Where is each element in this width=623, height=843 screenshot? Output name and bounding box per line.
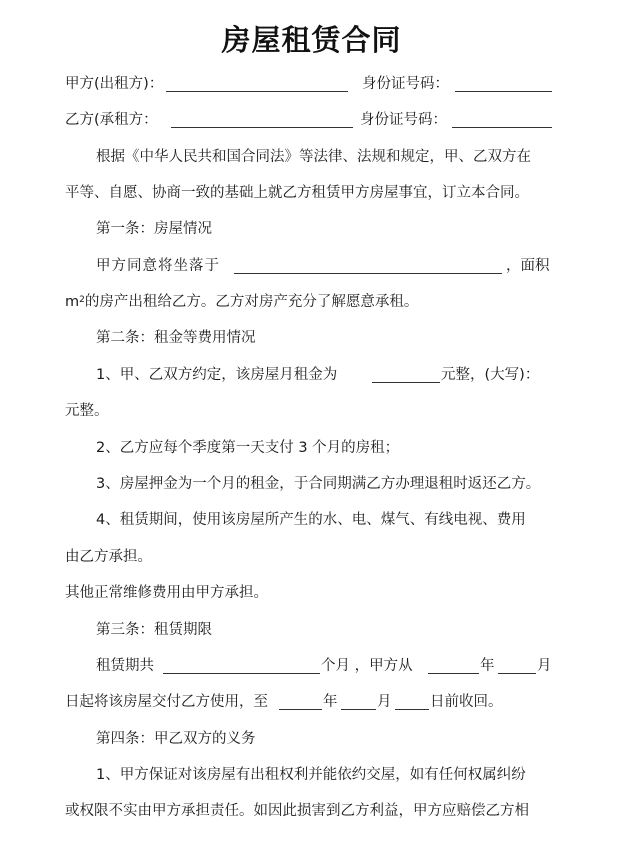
end-prefix: 日起将该房屋交付乙方使用，至 [65,691,268,713]
party-a-id-field[interactable] [455,76,552,92]
document-title: 房屋租赁合同 [0,18,623,59]
end-month-label: 月 [377,691,392,713]
term-prefix: 租赁期共 [96,655,154,677]
article-2-item-1-row: 1、甲、乙双方约定，该房屋月租金为 元整，(大写)： [96,364,551,386]
article-3-term-row: 租赁期共 个月 ，甲方从 年 月 [96,655,551,677]
article-3-end-row: 日起将该房屋交付乙方使用，至 年 月 日前收回。 [65,691,551,713]
article-1-area-row: m2的房产出租给乙方。乙方对房产充分了解愿意承租。 [65,291,551,313]
start-month-field[interactable] [498,658,536,674]
article-2-item-4-line-2: 由乙方承担。 [65,546,551,568]
article-2-item-4-line-1: 4、租赁期间，使用该房屋所产生的水、电、煤气、有线电视、费用 [96,509,551,531]
article-2-item-2: 2、乙方应每个季度第一天支付 3 个月的房租； [96,437,551,459]
party-b-row: 乙方(承租方： 身份证号码： [65,109,551,131]
end-day-field[interactable] [395,694,429,710]
article-2-other: 其他正常维修费用由甲方承担。 [65,582,551,604]
party-b-id-field[interactable] [452,112,552,128]
article-1-location-row: 甲方同意将坐落于 ，面积 [96,255,551,277]
article-2-item-3: 3、房屋押金为一个月的租金，于合同期满乙方办理退租时返还乙方。 [96,473,551,495]
party-b-id-label: 身份证号码： [360,109,447,131]
article-4-item-1-line-2: 或权限不实由甲方承担责任。如因此损害到乙方利益，甲方应赔偿乙方相 [65,800,551,822]
rent-mid: 元整，(大写)： [441,364,539,386]
start-year-field[interactable] [428,658,479,674]
location-prefix: 甲方同意将坐落于 [96,255,220,277]
location-field[interactable] [234,258,502,274]
start-month-label: 月 [537,655,552,677]
term-months-label: 个月 ，甲方从 [321,655,413,677]
party-b-name-field[interactable] [171,112,353,128]
article-3-heading: 第三条：租赁期限 [96,619,551,641]
location-suffix: ，面积 [506,255,550,277]
party-a-label: 甲方(出租方)： [65,73,163,95]
party-a-id-label: 身份证号码： [362,73,449,95]
end-year-field[interactable] [279,694,322,710]
party-a-name-field[interactable] [166,76,348,92]
article-1-heading: 第一条：房屋情况 [96,218,551,240]
article-4-heading: 第四条：甲乙双方的义务 [96,728,551,750]
start-year-label: 年 [480,655,495,677]
monthly-rent-field[interactable] [372,367,440,383]
area-text: 的房产出租给乙方。乙方对房产充分了解愿意承租。 [85,294,419,310]
area-unit-sup: 2 [79,295,85,305]
end-year-label: 年 [323,691,338,713]
area-unit: m [65,294,79,310]
article-2-heading: 第二条：租金等费用情况 [96,327,551,349]
rent-prefix: 1、甲、乙双方约定，该房屋月租金为 [96,364,337,386]
contract-page: 房屋租赁合同 甲方(出租方)： 身份证号码： 乙方(承租方： 身份证号码： 根据… [0,0,623,843]
end-month-field[interactable] [341,694,376,710]
end-suffix: 日前收回。 [430,691,503,713]
party-a-row: 甲方(出租方)： 身份证号码： [65,73,551,95]
term-months-field[interactable] [163,658,320,674]
article-4-item-1-line-1: 1、甲方保证对该房屋有出租权利并能依约交屋，如有任何权属纠纷 [96,764,551,786]
preamble-line-2: 平等、自愿、协商一致的基础上就乙方租赁甲方房屋事宜，订立本合同。 [65,182,551,204]
preamble-line-1: 根据《中华人民共和国合同法》等法律、法规和规定，甲、乙双方在 [96,146,551,168]
party-b-label: 乙方(承租方： [65,109,158,131]
article-2-item-1-cont: 元整。 [65,400,551,422]
